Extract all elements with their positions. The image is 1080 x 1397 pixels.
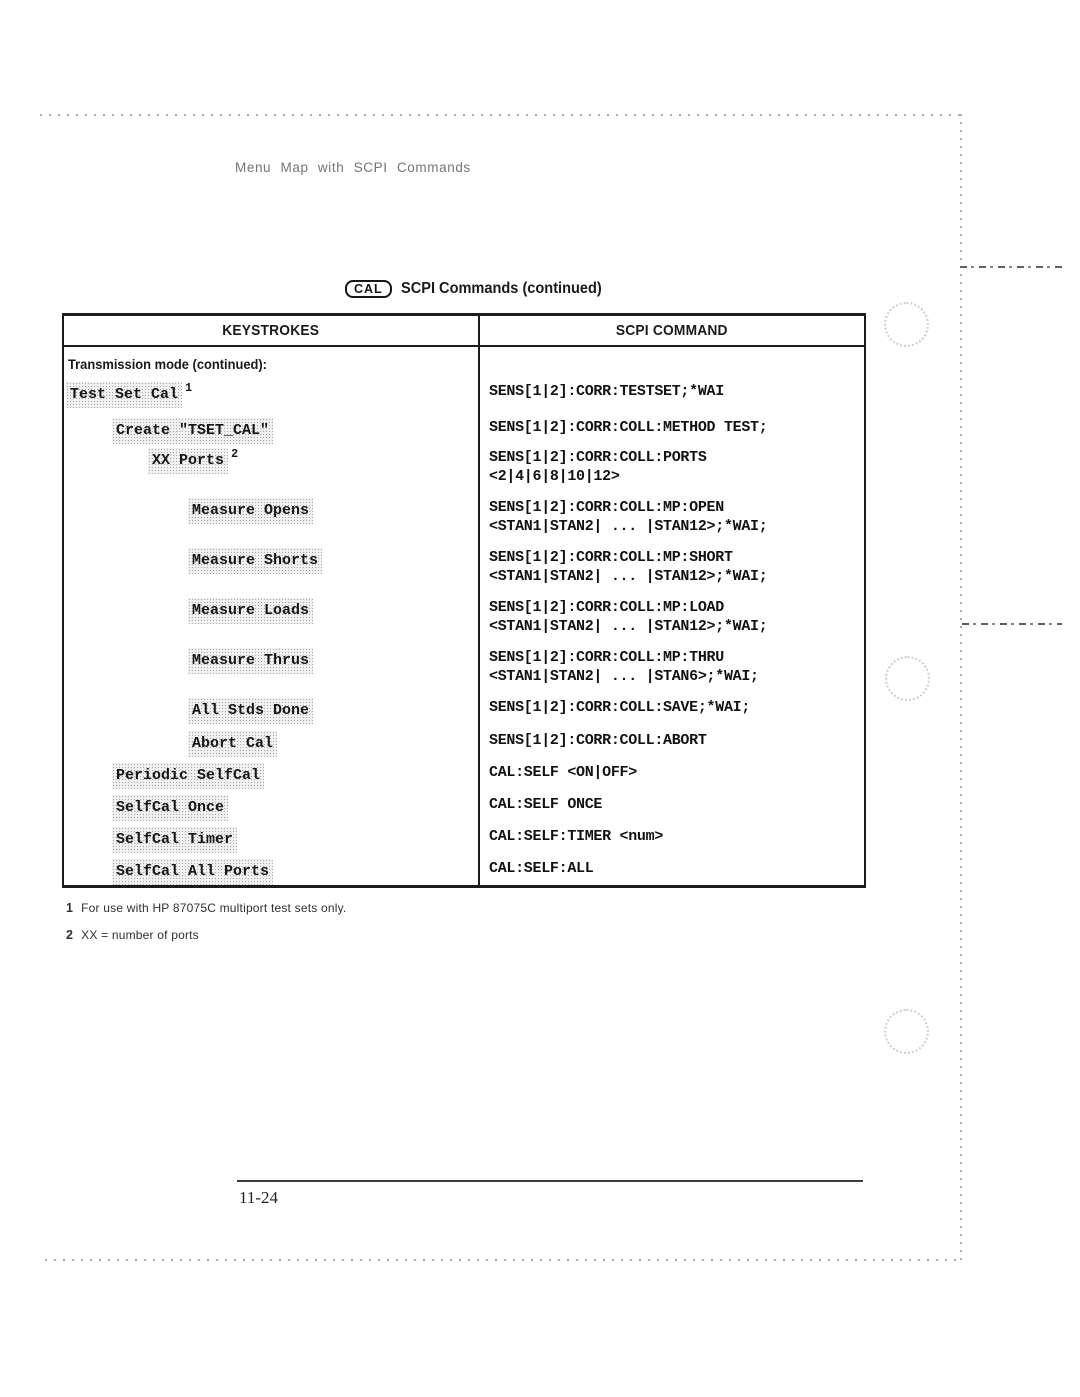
table-row: Periodic SelfCal CAL:SELF <ON|OFF> [64,761,864,793]
column-header-scpi-command: SCPI COMMAND [478,316,864,345]
table-section-row: Transmission mode (continued): [64,347,864,380]
scan-edge-right [960,114,962,1262]
softkey-label: Periodic SelfCal [112,763,264,789]
table-row: SelfCal All Ports CAL:SELF:ALL [64,857,864,885]
footnote-number: 1 [66,901,73,915]
table-row: Measure Loads SENS[1|2]:CORR:COLL:MP:LOA… [64,596,864,646]
scpi-command-table: KEYSTROKES SCPI COMMAND Transmission mod… [62,313,866,888]
table-row: Create "TSET_CAL" SENS[1|2]:CORR:COLL:ME… [64,416,864,446]
scpi-command: <STAN1|STAN2| ... |STAN12>;*WAI; [489,567,860,586]
cal-key-badge: CAL [345,280,392,298]
scpi-command: CAL:SELF <ON|OFF> [489,763,860,782]
softkey-label: All Stds Done [188,698,313,724]
scpi-command: <STAN1|STAN2| ... |STAN12>;*WAI; [489,517,860,536]
footnote-number: 2 [66,928,73,942]
running-header: Menu Map with SCPI Commands [235,160,471,175]
softkey-label: Measure Thrus [188,648,313,674]
scpi-command: SENS[1|2]:CORR:TESTSET;*WAI [489,382,860,401]
column-header-keystrokes: KEYSTROKES [64,316,478,345]
footer-rule [237,1180,863,1182]
scan-edge-top [40,114,962,116]
softkey-label: Measure Shorts [188,548,322,574]
table-row: Measure Thrus SENS[1|2]:CORR:COLL:MP:THR… [64,646,864,696]
table-row: SelfCal Timer CAL:SELF:TIMER <num> [64,825,864,857]
softkey-label: SelfCal Timer [112,827,237,853]
scan-dash-lower [962,623,1062,625]
softkey-label: Create "TSET_CAL" [112,418,273,444]
table-row: Test Set Cal1 SENS[1|2]:CORR:TESTSET;*WA… [64,380,864,416]
table-row: XX Ports2 SENS[1|2]:CORR:COLL:PORTS <2|4… [64,446,864,496]
footnote-text: XX = number of ports [81,928,199,942]
footnote-marker: 2 [231,447,238,461]
scpi-command: SENS[1|2]:CORR:COLL:PORTS [489,448,860,467]
punch-hole-bottom [884,1009,929,1054]
scpi-command: <STAN1|STAN2| ... |STAN12>;*WAI; [489,617,860,636]
softkey-label: Test Set Cal [66,382,182,408]
section-title: CAL SCPI Commands (continued) [345,280,614,298]
table-row: SelfCal Once CAL:SELF ONCE [64,793,864,825]
scanned-manual-page: Menu Map with SCPI Commands CAL SCPI Com… [0,0,1080,1397]
scpi-command: SENS[1|2]:CORR:COLL:SAVE;*WAI; [489,698,860,717]
scpi-command: SENS[1|2]:CORR:COLL:METHOD TEST; [489,418,860,437]
table-row: Abort Cal SENS[1|2]:CORR:COLL:ABORT [64,729,864,761]
table-row: Measure Opens SENS[1|2]:CORR:COLL:MP:OPE… [64,496,864,546]
scpi-command: SENS[1|2]:CORR:COLL:ABORT [489,731,860,750]
scpi-command: CAL:SELF:ALL [489,859,860,878]
softkey-label: Abort Cal [188,731,277,757]
scpi-command: CAL:SELF:TIMER <num> [489,827,860,846]
softkey-label: SelfCal All Ports [112,859,273,885]
section-title-text: SCPI Commands (continued) [401,280,602,298]
scan-edge-bottom [45,1259,962,1261]
footnote-text: For use with HP 87075C multiport test se… [81,901,346,915]
softkey-label: XX Ports [148,448,228,474]
softkey-label: SelfCal Once [112,795,228,821]
softkey-label: Measure Loads [188,598,313,624]
footnote-2: 2XX = number of ports [66,928,199,942]
punch-hole-top [884,302,929,347]
table-row: Measure Shorts SENS[1|2]:CORR:COLL:MP:SH… [64,546,864,596]
table-header-row: KEYSTROKES SCPI COMMAND [64,316,864,347]
scpi-command: SENS[1|2]:CORR:COLL:MP:OPEN [489,498,860,517]
footnote-marker: 1 [185,381,192,395]
section-label: Transmission mode (continued): [68,356,267,372]
page-number: 11-24 [239,1188,278,1208]
footnote-1: 1For use with HP 87075C multiport test s… [66,901,346,915]
table-row: All Stds Done SENS[1|2]:CORR:COLL:SAVE;*… [64,696,864,729]
scpi-command: <2|4|6|8|10|12> [489,467,860,486]
softkey-label: Measure Opens [188,498,313,524]
scpi-command: SENS[1|2]:CORR:COLL:MP:LOAD [489,598,860,617]
scpi-command: SENS[1|2]:CORR:COLL:MP:THRU [489,648,860,667]
scpi-command: SENS[1|2]:CORR:COLL:MP:SHORT [489,548,860,567]
scpi-command: CAL:SELF ONCE [489,795,860,814]
scpi-command: <STAN1|STAN2| ... |STAN6>;*WAI; [489,667,860,686]
scan-dash-upper [960,266,1062,268]
punch-hole-middle [885,656,930,701]
